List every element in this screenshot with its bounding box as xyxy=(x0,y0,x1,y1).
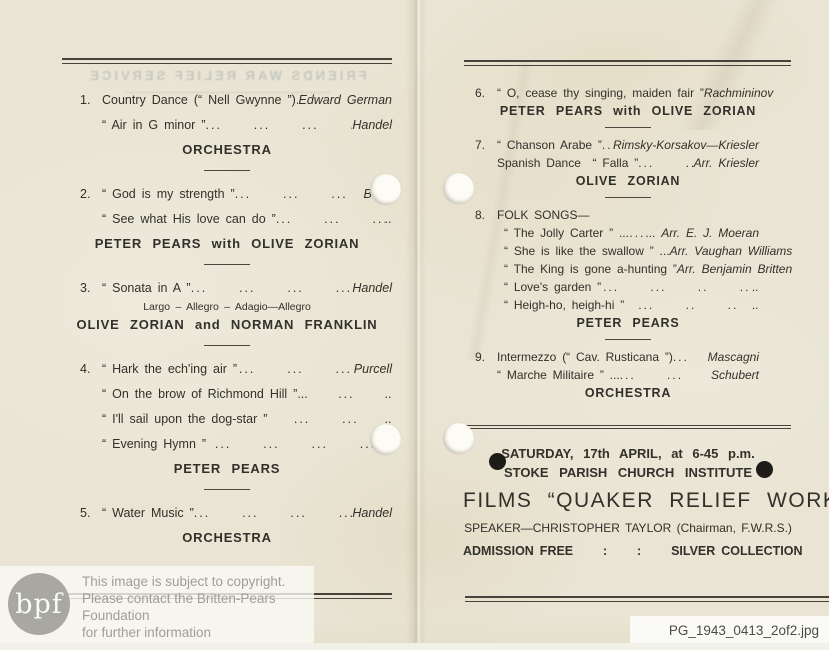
work-title: “ God is my strength ” xyxy=(102,186,235,203)
item-number: 1. xyxy=(80,92,102,109)
item-number: 7. xyxy=(475,138,497,153)
work-title: “ Marche Militaire ” ... xyxy=(497,368,620,383)
item-number: 3. xyxy=(80,280,102,297)
leader-dots: ... ... xyxy=(267,411,385,428)
item-separator xyxy=(605,127,651,128)
work-title: “ The King is gone a-hunting ” xyxy=(504,262,677,277)
composer-name: Handel xyxy=(352,505,392,522)
composer-name: .. xyxy=(752,280,759,295)
composer-name: .. xyxy=(385,386,392,403)
filename-text: PG_1943_0413_2of2.jpg xyxy=(669,623,829,638)
programme-line: 4.“ Hark the ech'ing air ”... ... ...Pur… xyxy=(62,361,392,378)
composer-name: .. xyxy=(752,298,759,313)
leader-dots: ... ... .. .. xyxy=(601,280,752,295)
programme-item: 7.“ Chanson Arabe ”...Rimsky-Korsakov—Kr… xyxy=(463,138,793,188)
leader-dots: ... .. .. xyxy=(624,298,752,313)
performers-line: OLIVE ZORIAN and NORMAN FRANKLIN xyxy=(62,317,392,332)
item-number: 5. xyxy=(80,505,102,522)
programme-line: “ The Jolly Carter ” ......... Arr. E. J… xyxy=(463,226,793,241)
work-title: “ Evening Hymn ” xyxy=(102,436,206,453)
leader-dots: ... ... ... xyxy=(620,368,711,383)
programme-line: “ On the brow of Richmond Hill ”........ xyxy=(62,386,392,403)
composer-name: Handel xyxy=(352,117,392,134)
item-separator xyxy=(204,170,250,171)
punch-hole xyxy=(370,174,401,205)
performers-line: OLIVE ZORIAN xyxy=(463,174,793,188)
top-rule-right-page xyxy=(464,60,791,66)
watermark-line: This image is subject to copyright. xyxy=(82,573,314,590)
watermark-line: Please contact the Britten-Pears Foundat… xyxy=(82,590,314,624)
item-separator xyxy=(605,197,651,198)
right-page-items: 6.“ O, cease thy singing, maiden fair ”.… xyxy=(463,86,793,400)
performers-line: PETER PEARS with OLIVE ZORIAN xyxy=(463,104,793,118)
bullet-dot-icon xyxy=(756,461,773,478)
announcement-films-title: FILMS “QUAKER RELIEF WORK” xyxy=(463,489,793,513)
programme-heading-line: 8.FOLK SONGS— xyxy=(463,208,793,223)
work-title: “ Sonata in A ” xyxy=(102,280,191,297)
item-separator xyxy=(204,489,250,490)
work-title: “ O, cease thy singing, maiden fair ” xyxy=(497,86,704,101)
leader-dots: ... xyxy=(602,138,613,153)
composer-name: Edward German xyxy=(298,92,392,109)
item-separator xyxy=(204,264,250,265)
composer-name: Rachmininov xyxy=(704,86,773,101)
programme-line: Spanish Dance “ Falla ”... ...Arr. Kries… xyxy=(463,156,793,171)
announcement-block: SATURDAY, 17th APRIL, at 6-45 p.m. STOKE… xyxy=(463,446,793,558)
programme-item: 9.Intermezzo (“ Cav. Rusticana ”)... ...… xyxy=(463,350,793,400)
punch-hole xyxy=(370,424,401,455)
top-rule-left-page xyxy=(62,58,392,64)
work-title: “ She is like the swallow ” ... xyxy=(504,244,670,259)
watermark-line: for further information xyxy=(82,624,314,641)
performers-line: PETER PEARS xyxy=(463,316,793,330)
programme-item: 8.FOLK SONGS—“ The Jolly Carter ” ......… xyxy=(463,208,793,330)
programme-line: “ See what His love can do ”... ... ....… xyxy=(62,211,392,228)
programme-line: “ She is like the swallow ” ...Arr. Vaug… xyxy=(463,244,793,259)
programme-item: 6.“ O, cease thy singing, maiden fair ”.… xyxy=(463,86,793,118)
scanned-programme-spread: FRIENDS WAR RELIEF SERVICE 1.Country Dan… xyxy=(0,0,829,650)
programme-item: 2.“ God is my strength ”... ... ... ...B… xyxy=(62,186,392,251)
item-separator xyxy=(204,345,250,346)
work-title: “ The Jolly Carter ” ... xyxy=(504,226,629,241)
section-heading: FOLK SONGS— xyxy=(497,208,590,223)
composer-name: Schubert xyxy=(711,368,759,383)
leader-dots: ... xyxy=(629,226,646,241)
performers-line: ORCHESTRA xyxy=(62,530,392,545)
composer-name: Arr. Kriesler xyxy=(694,156,759,171)
composer-name: Rimsky-Korsakov—Kriesler xyxy=(613,138,759,153)
composer-name: Mascagni xyxy=(708,350,759,365)
programme-line: “ I'll sail upon the dog-star ”... ..... xyxy=(62,411,392,428)
work-title: Spanish Dance “ Falla ” xyxy=(497,156,638,171)
leader-dots: ... ... ... ... xyxy=(191,280,353,297)
performers-line: ORCHESTRA xyxy=(62,142,392,157)
programme-line: 9.Intermezzo (“ Cav. Rusticana ”)... ...… xyxy=(463,350,793,365)
programme-line: 1.Country Dance (“ Nell Gwynne ”)...Edwa… xyxy=(62,92,392,109)
leader-dots: ... ... ... ... xyxy=(206,436,385,453)
programme-line: “ Love's garden ”... ... .. .... xyxy=(463,280,793,295)
item-number: 9. xyxy=(475,350,497,365)
composer-name: Purcell xyxy=(354,361,392,378)
programme-line: 3.“ Sonata in A ”... ... ... ...Handel xyxy=(62,280,392,297)
watermark-text: This image is subject to copyright. Plea… xyxy=(82,573,314,650)
work-title: “ Chanson Arabe ” xyxy=(497,138,602,153)
composer-name: Arr. Benjamin Britten xyxy=(677,262,792,277)
bpf-logo: bpf xyxy=(8,573,70,635)
filename-label: PG_1943_0413_2of2.jpg xyxy=(630,616,829,645)
programme-item: 5.“ Water Music ”... ... ... ...HandelOR… xyxy=(62,505,392,545)
announcement-speaker: SPEAKER—CHRISTOPHER TAYLOR (Chairman, F.… xyxy=(463,521,793,535)
leader-dots: ... ... ... ... xyxy=(194,505,353,522)
programme-line: “ Evening Hymn ”... ... ... ..... xyxy=(62,436,392,453)
work-title: Intermezzo (“ Cav. Rusticana ”) xyxy=(497,350,673,365)
work-title: Country Dance (“ Nell Gwynne ”) xyxy=(102,92,296,109)
programme-item: 3.“ Sonata in A ”... ... ... ...HandelLa… xyxy=(62,280,392,332)
work-title: “ Water Music ” xyxy=(102,505,194,522)
programme-line: “ The King is gone a-hunting ”Arr. Benja… xyxy=(463,262,793,277)
composer-name: .. xyxy=(385,211,392,228)
page-fold-crease xyxy=(406,0,426,650)
work-title: “ Hark the ech'ing air ” xyxy=(102,361,237,378)
ghost-showthrough-text: FRIENDS WAR RELIEF SERVICE xyxy=(62,68,392,83)
item-number: 6. xyxy=(475,86,497,101)
announcement-date: SATURDAY, 17th APRIL, at 6-45 p.m. xyxy=(463,446,793,461)
work-title: “ Love's garden ” xyxy=(504,280,601,295)
work-title: “ I'll sail upon the dog-star ” xyxy=(102,411,267,428)
leader-dots: ... ... ... xyxy=(237,361,354,378)
leader-dots: ... xyxy=(308,386,385,403)
item-number: 4. xyxy=(80,361,102,378)
programme-line: 5.“ Water Music ”... ... ... ...Handel xyxy=(62,505,392,522)
leader-dots: ... ... xyxy=(638,156,693,171)
composer-name: Arr. Vaughan Williams xyxy=(670,244,793,259)
scan-edge-strip xyxy=(0,643,829,650)
programme-line: 6.“ O, cease thy singing, maiden fair ”.… xyxy=(463,86,793,101)
work-title: “ On the brow of Richmond Hill ”... xyxy=(102,386,308,403)
leader-dots: ... ... ... ... xyxy=(206,117,353,134)
leader-dots: ... ... ... ... xyxy=(235,186,364,203)
programme-item: 1.Country Dance (“ Nell Gwynne ”)...Edwa… xyxy=(62,92,392,157)
performers-line: PETER PEARS xyxy=(62,461,392,476)
composer-name: Handel xyxy=(352,280,392,297)
announcement-top-rule xyxy=(465,425,791,429)
programme-line: 7.“ Chanson Arabe ”...Rimsky-Korsakov—Kr… xyxy=(463,138,793,153)
composer-name: ... Arr. E. J. Moeran xyxy=(646,226,759,241)
leader-dots: ... ... ... xyxy=(276,211,385,228)
performers-line: ORCHESTRA xyxy=(463,386,793,400)
right-page-programme: 6.“ O, cease thy singing, maiden fair ”.… xyxy=(463,86,793,558)
bottom-rule-right-page xyxy=(465,596,829,602)
programme-line: “ Marche Militaire ” ...... ... ...Schub… xyxy=(463,368,793,383)
programme-line: “ Heigh-ho, heigh-hi ”... .. .... xyxy=(463,298,793,313)
punch-hole xyxy=(443,423,474,454)
item-separator xyxy=(605,339,651,340)
bpf-logo-text: bpf xyxy=(15,589,63,620)
work-title: “ Heigh-ho, heigh-hi ” xyxy=(504,298,624,313)
programme-line: 2.“ God is my strength ”... ... ... ...B… xyxy=(62,186,392,203)
bullet-dot-icon xyxy=(489,453,506,470)
work-title: “ Air in G minor ” xyxy=(102,117,206,134)
leader-dots: ... ... xyxy=(673,350,708,365)
announcement-venue: STOKE PARISH CHURCH INSTITUTE xyxy=(463,465,793,480)
programme-item: 4.“ Hark the ech'ing air ”... ... ...Pur… xyxy=(62,361,392,476)
item-number: 2. xyxy=(80,186,102,203)
work-title: “ See what His love can do ” xyxy=(102,211,276,228)
performers-line: PETER PEARS with OLIVE ZORIAN xyxy=(62,236,392,251)
announcement-admission: ADMISSION FREE : : SILVER COLLECTION xyxy=(463,544,793,558)
left-page-programme: 1.Country Dance (“ Nell Gwynne ”)...Edwa… xyxy=(62,92,392,545)
item-number: 8. xyxy=(475,208,497,223)
punch-hole xyxy=(443,173,474,204)
movements-line: Largo – Allegro – Adagio—Allegro xyxy=(62,301,392,313)
copyright-watermark: bpf This image is subject to copyright. … xyxy=(0,566,314,650)
programme-line: “ Air in G minor ”... ... ... ...Handel xyxy=(62,117,392,134)
